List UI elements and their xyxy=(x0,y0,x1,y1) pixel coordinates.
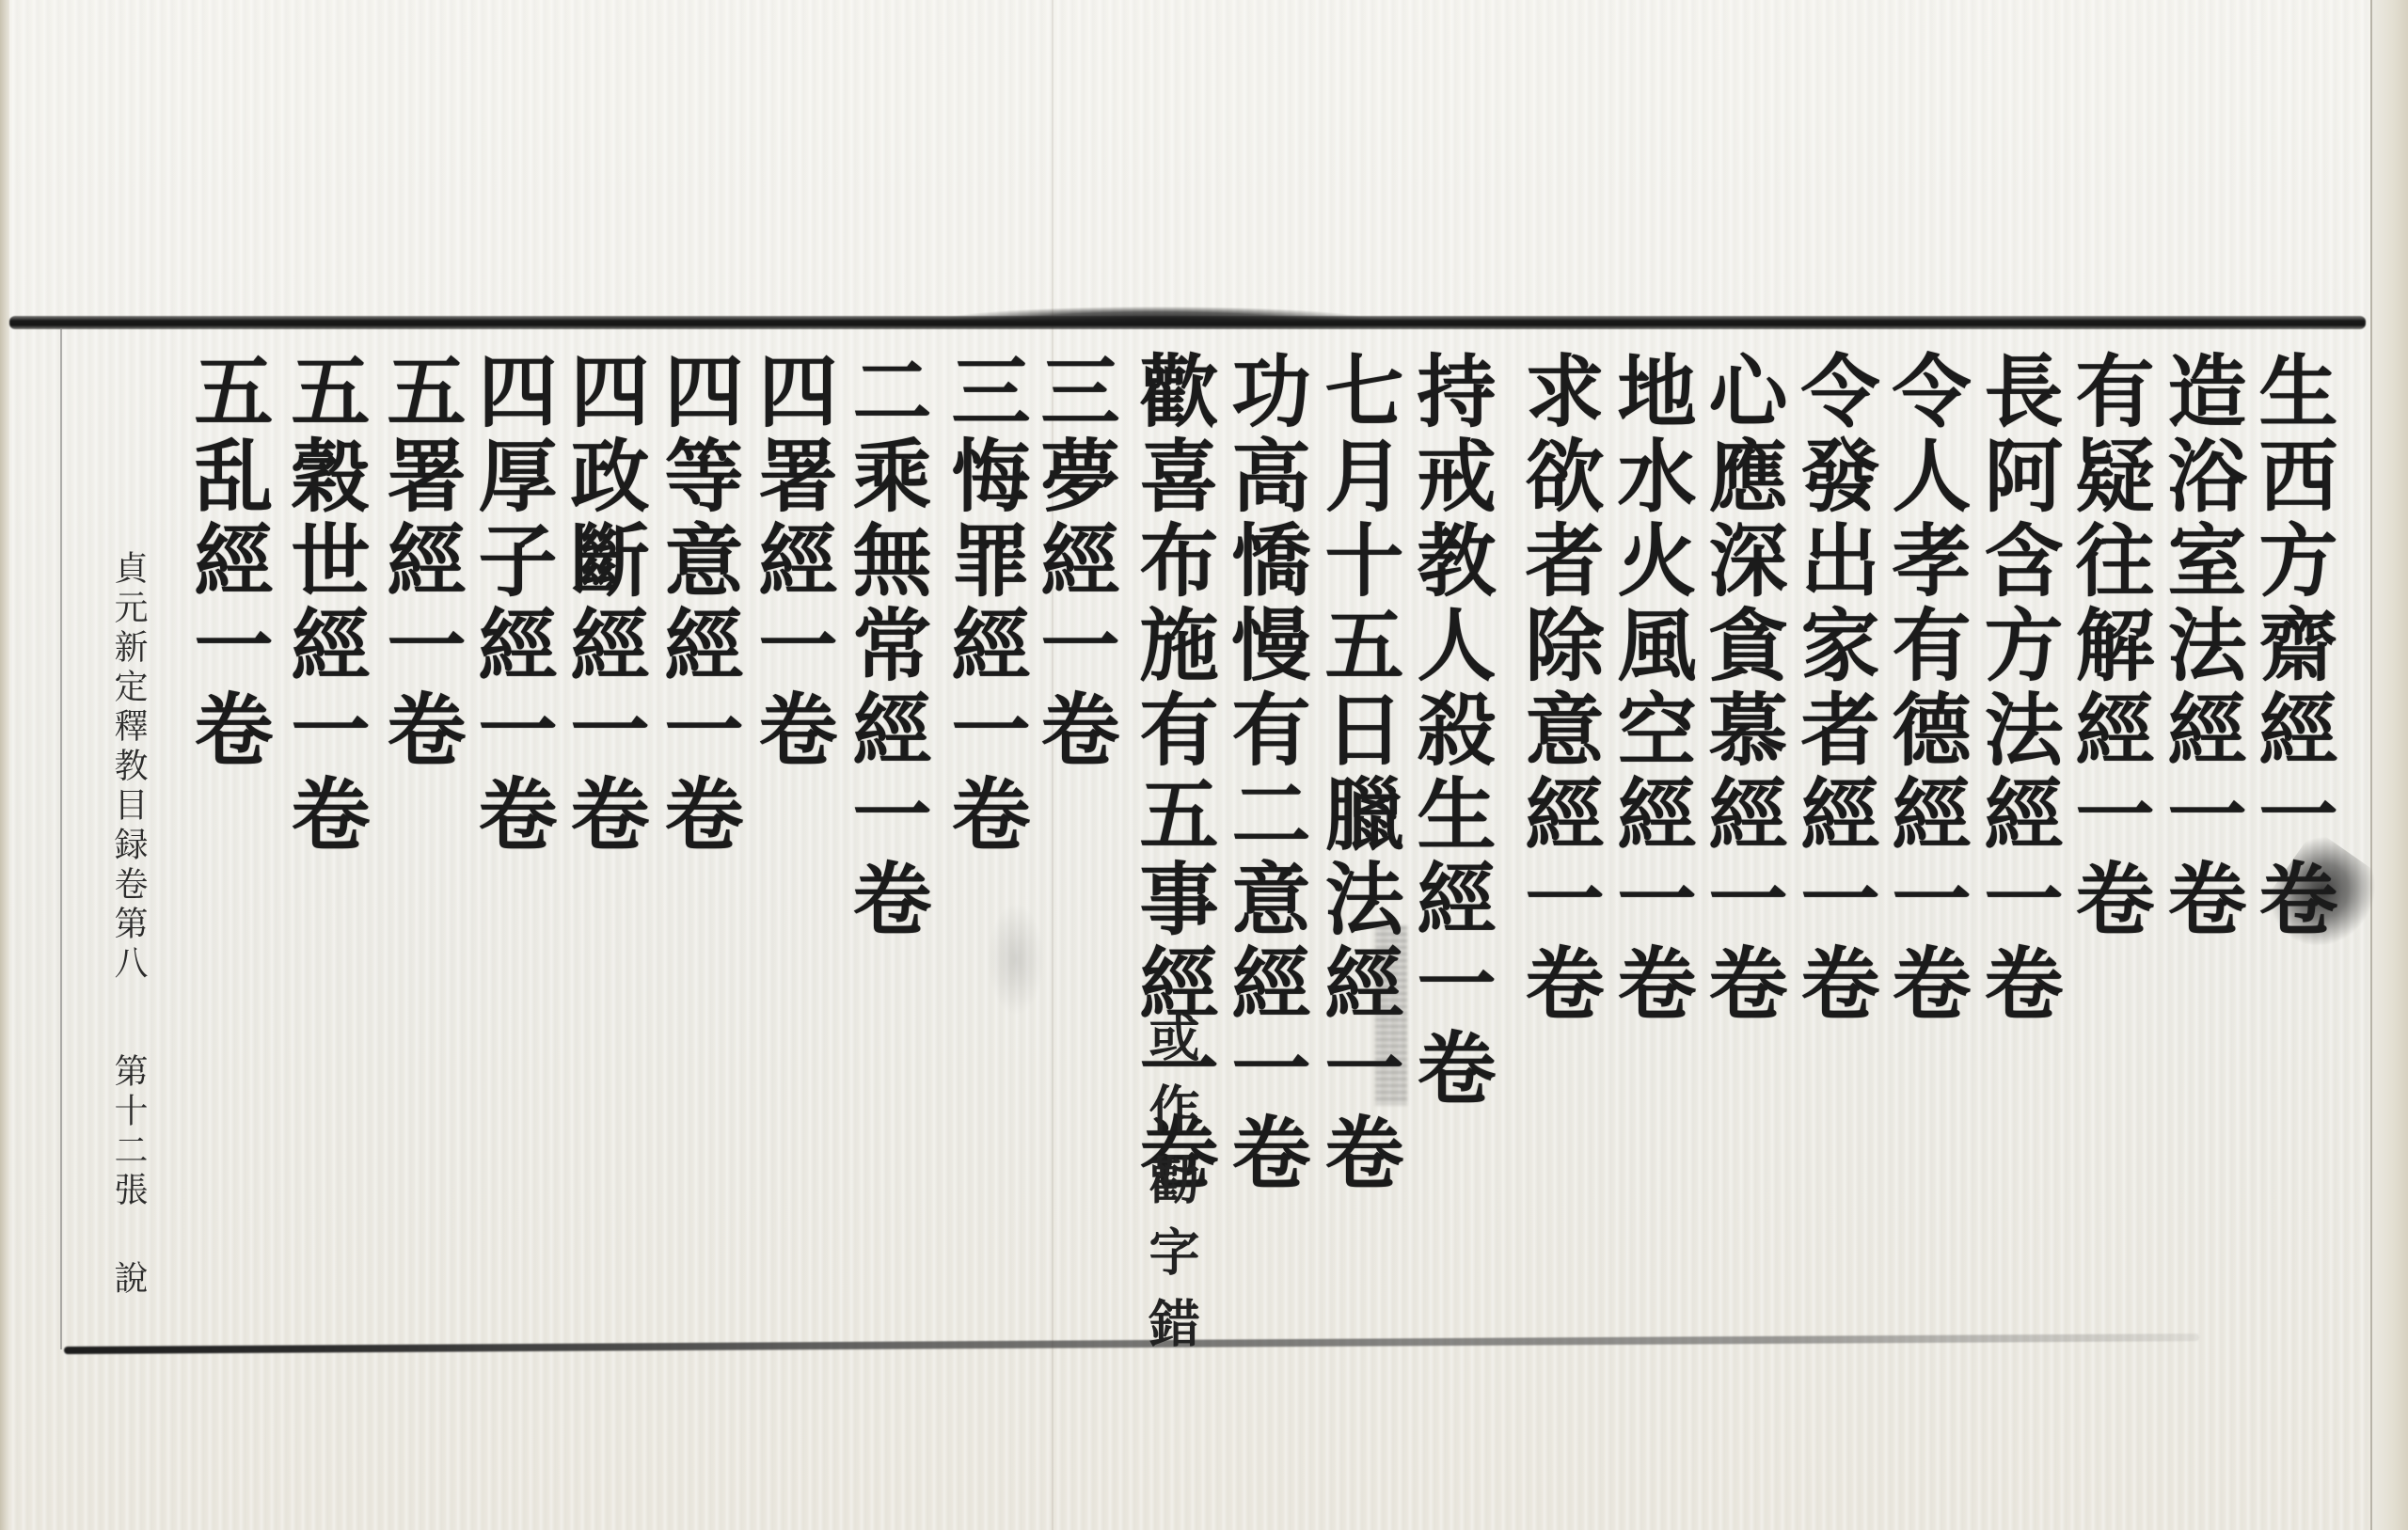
sutra-entry: 生西方齋經一卷 xyxy=(2253,350,2332,942)
sutra-entry: 四厚子經一卷 xyxy=(472,350,551,858)
left-frame-line xyxy=(60,329,62,1349)
annotation-note: 或作勸字錯 xyxy=(1146,1011,1196,1368)
sutra-entry: 有疑往解經一卷 xyxy=(2069,350,2148,942)
sutra-entry: 令發出家者經一卷 xyxy=(1795,350,1874,1027)
sutra-entry: 長阿含方法經一卷 xyxy=(1978,350,2057,1027)
sutra-entry: 四署經一卷 xyxy=(752,350,832,773)
sutra-entry: 二乘無常經一卷 xyxy=(847,350,926,942)
sutra-entry: 令人孝有德經一卷 xyxy=(1886,350,1965,1027)
margin-page-number: 第十二張 xyxy=(111,1053,145,1211)
sutra-entry: 地水火風空經一卷 xyxy=(1611,350,1690,1027)
margin-title: 貞元新定釋教目録卷第八 xyxy=(111,550,145,985)
sutra-entry: 五乱經一卷 xyxy=(188,350,267,773)
sutra-entry: 心應深貪慕經一卷 xyxy=(1703,350,1782,1027)
page-left-edge xyxy=(0,0,9,1530)
top-border-ink-bleed xyxy=(941,307,1373,322)
sutra-entry: 七月十五日臘法經一卷 xyxy=(1319,350,1398,1196)
sutra-entry: 三悔罪經一卷 xyxy=(945,350,1024,858)
paper-stain xyxy=(988,903,1044,1016)
page-fold-line xyxy=(2370,0,2372,1530)
margin-mark: 說 xyxy=(111,1260,145,1300)
sutra-entry: 四等意經一卷 xyxy=(658,350,737,858)
sutra-entry: 五穀世經一卷 xyxy=(285,350,364,858)
sutra-entry: 功高憍慢有二意經一卷 xyxy=(1226,350,1305,1196)
sutra-entry: 持戒教人殺生經一卷 xyxy=(1411,350,1490,1112)
page-right-edge xyxy=(2370,0,2408,1530)
sutra-entry: 求欲者除意經一卷 xyxy=(1519,350,1598,1027)
sutra-entry: 三夢經一卷 xyxy=(1035,350,1114,773)
sutra-entry: 四政斷經一卷 xyxy=(564,350,643,858)
sutra-entry: 五署經一卷 xyxy=(381,350,460,773)
sutra-entry: 造浴室法經一卷 xyxy=(2162,350,2241,942)
